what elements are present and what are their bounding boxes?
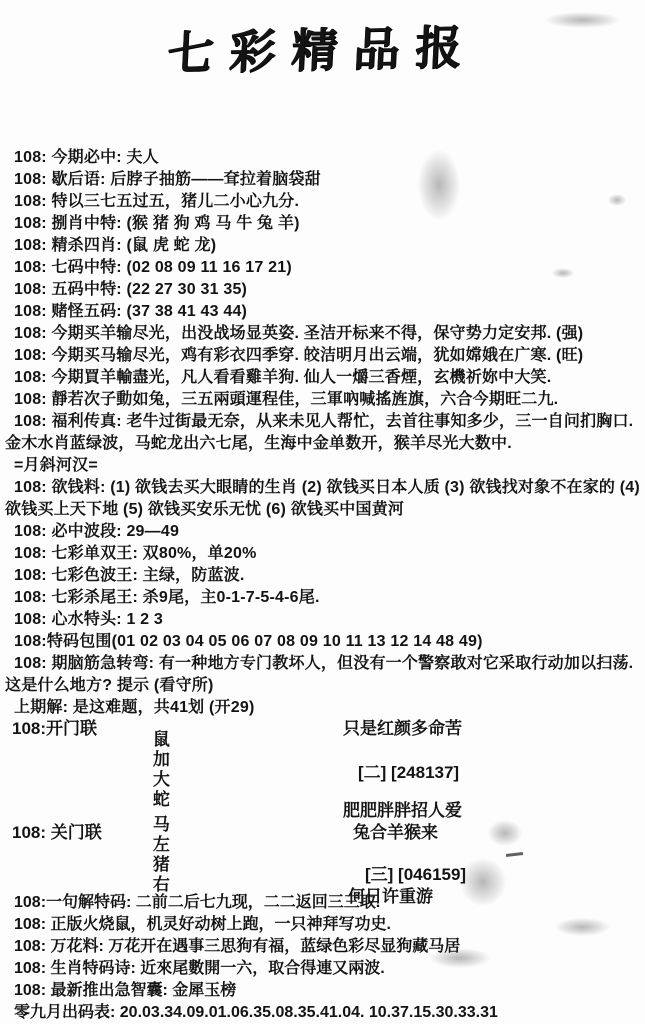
text-line: 108: 七彩色波王: 主绿，防蓝波. <box>5 565 641 587</box>
open-couplet-right-line: 只是红颜多命苦 <box>343 714 462 739</box>
text-line: 108:特码包围(01 02 03 04 05 06 07 08 09 10 1… <box>5 631 641 653</box>
top-text-block: 108: 今期必中: 夫人108: 歇后语: 后脖子抽筋——耷拉着脑袋甜108:… <box>5 147 641 719</box>
lottery-tip-sheet: 七彩精品报 108: 今期必中: 夫人108: 歇后语: 后脖子抽筋——耷拉着脑… <box>0 0 645 1024</box>
text-line: 108: 特以三七五过五，猪儿二小心九分. <box>5 191 641 213</box>
close-couplet-right-line: 兔合羊猴来 <box>353 818 438 843</box>
text-line: 108: 靜若次子動如兔，三五兩頭運程佳，三軍吶喊搖旌旗，六合今期旺二九. <box>5 389 641 411</box>
text-line: 108: 正版火烧鼠，机灵好动树上跑，一只神拜写功史. <box>5 914 641 936</box>
text-line: 108: 今期必中: 夫人 <box>5 147 641 169</box>
text-line: 108: 歇后语: 后脖子抽筋——耷拉着脑袋甜 <box>5 169 641 191</box>
close-couplet-vertical-text: 马左猪右 <box>150 815 168 895</box>
text-line: 108: 今期買羊輸盡光，凡人看看雞羊狗. 仙人一爝三香煙，玄機祈妳中大笑. <box>5 367 641 389</box>
text-line: 108: 七彩杀尾王: 杀9尾，主0-1-7-5-4-6尾. <box>5 587 641 609</box>
close-couplet-label: 108: 关门联 <box>12 818 102 843</box>
text-line: 108: 七码中特: (02 08 09 11 16 17 21) <box>5 257 641 279</box>
text-line: 108: 必中波段: 29—49 <box>5 521 641 543</box>
text-line: 108: 期脑筋急转弯: 有一种地方专门教坏人，但没有一个警察敢对它采取行动加以… <box>5 653 641 697</box>
text-line: 108: 福利传真: 老牛过街最无奈，从来未见人帮忙，去首往事知多少，三一自问扪… <box>5 411 641 455</box>
text-line: 108: 最新推出急智囊: 金犀玉榜 <box>5 980 641 1002</box>
text-line: =月斜河汉= <box>5 455 641 477</box>
text-line: 零九月出码表: 20.03.34.09.01.06.35.08.35.41.04… <box>5 1002 641 1024</box>
text-line: 108: 精杀四肖: (鼠 虎 蛇 龙) <box>5 235 641 257</box>
page-title: 七彩精品报 <box>0 7 645 87</box>
text-line: 108: 七彩单双王: 双80%，单20% <box>5 543 641 565</box>
text-line: 108:一句解特码: 二前二后七九现，二二返回三三取. <box>5 892 641 914</box>
text-line: 108: 今期买马输尽光，鸡有彩衣四季穿. 皎洁明月出云端，犹如嫦娥在广寒. (… <box>5 345 641 367</box>
text-line: 108: 欲钱料: (1) 欲钱去买大眼睛的生肖 (2) 欲钱买日本人质 (3)… <box>5 477 641 521</box>
text-line: 108: 捌肖中特: (猴 猪 狗 鸡 马 牛 兔 羊) <box>5 213 641 235</box>
text-line: 108: 赌怪五码: (37 38 41 43 44) <box>5 301 641 323</box>
text-line: 108: 今期买羊输尽光，出没战场显英姿. 圣洁开标来不得，保守势力定安邦. (… <box>5 323 641 345</box>
text-line: 108: 心水特头: 1 2 3 <box>5 609 641 631</box>
couplet-section: 108:开门联 只是红颜多命苦 鼠加大蛇 [二] [248137] 肥肥胖胖招人… <box>0 708 645 892</box>
open-couplet-label: 108:开门联 <box>12 714 97 739</box>
bottom-text-block: 108:一句解特码: 二前二后七九现，二二返回三三取.108: 正版火烧鼠，机灵… <box>5 892 641 1024</box>
open-couplet-vertical-text: 鼠加大蛇 <box>150 730 168 810</box>
text-line: 108: 五码中特: (22 27 30 31 35) <box>5 279 641 301</box>
text-line: 108: 生肖特码诗: 近來尾數開一六，取合得連又兩波. <box>5 958 641 980</box>
open-couplet-code: [二] [248137] <box>358 758 459 783</box>
text-line: 108: 万花料: 万花开在遇事三思狗有福，蓝绿色彩尽显狗藏马居 <box>5 936 641 958</box>
